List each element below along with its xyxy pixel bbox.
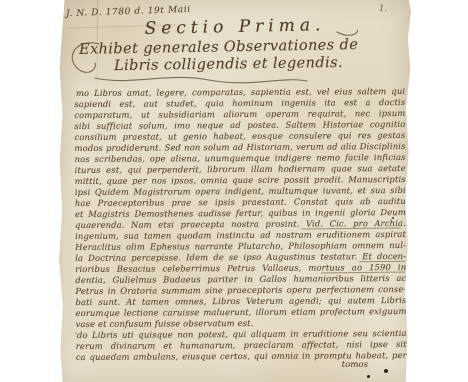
ink-blot	[367, 375, 370, 378]
page-number: 1.	[379, 4, 387, 14]
body-text: § 1mo Libros amat, legere, comparatas, s…	[74, 86, 407, 363]
ink-blot	[384, 369, 388, 373]
ink-speck	[392, 217, 394, 219]
manuscript-photo: J. N. D. 1780 d. 19t Maii 1. Sectio Prim…	[0, 0, 468, 382]
catchword: tomos	[75, 360, 406, 371]
subtitle-line-2: Libris colligendis et legendis.	[114, 54, 414, 75]
manuscript-page: J. N. D. 1780 d. 19t Maii 1. Sectio Prim…	[59, 0, 411, 382]
